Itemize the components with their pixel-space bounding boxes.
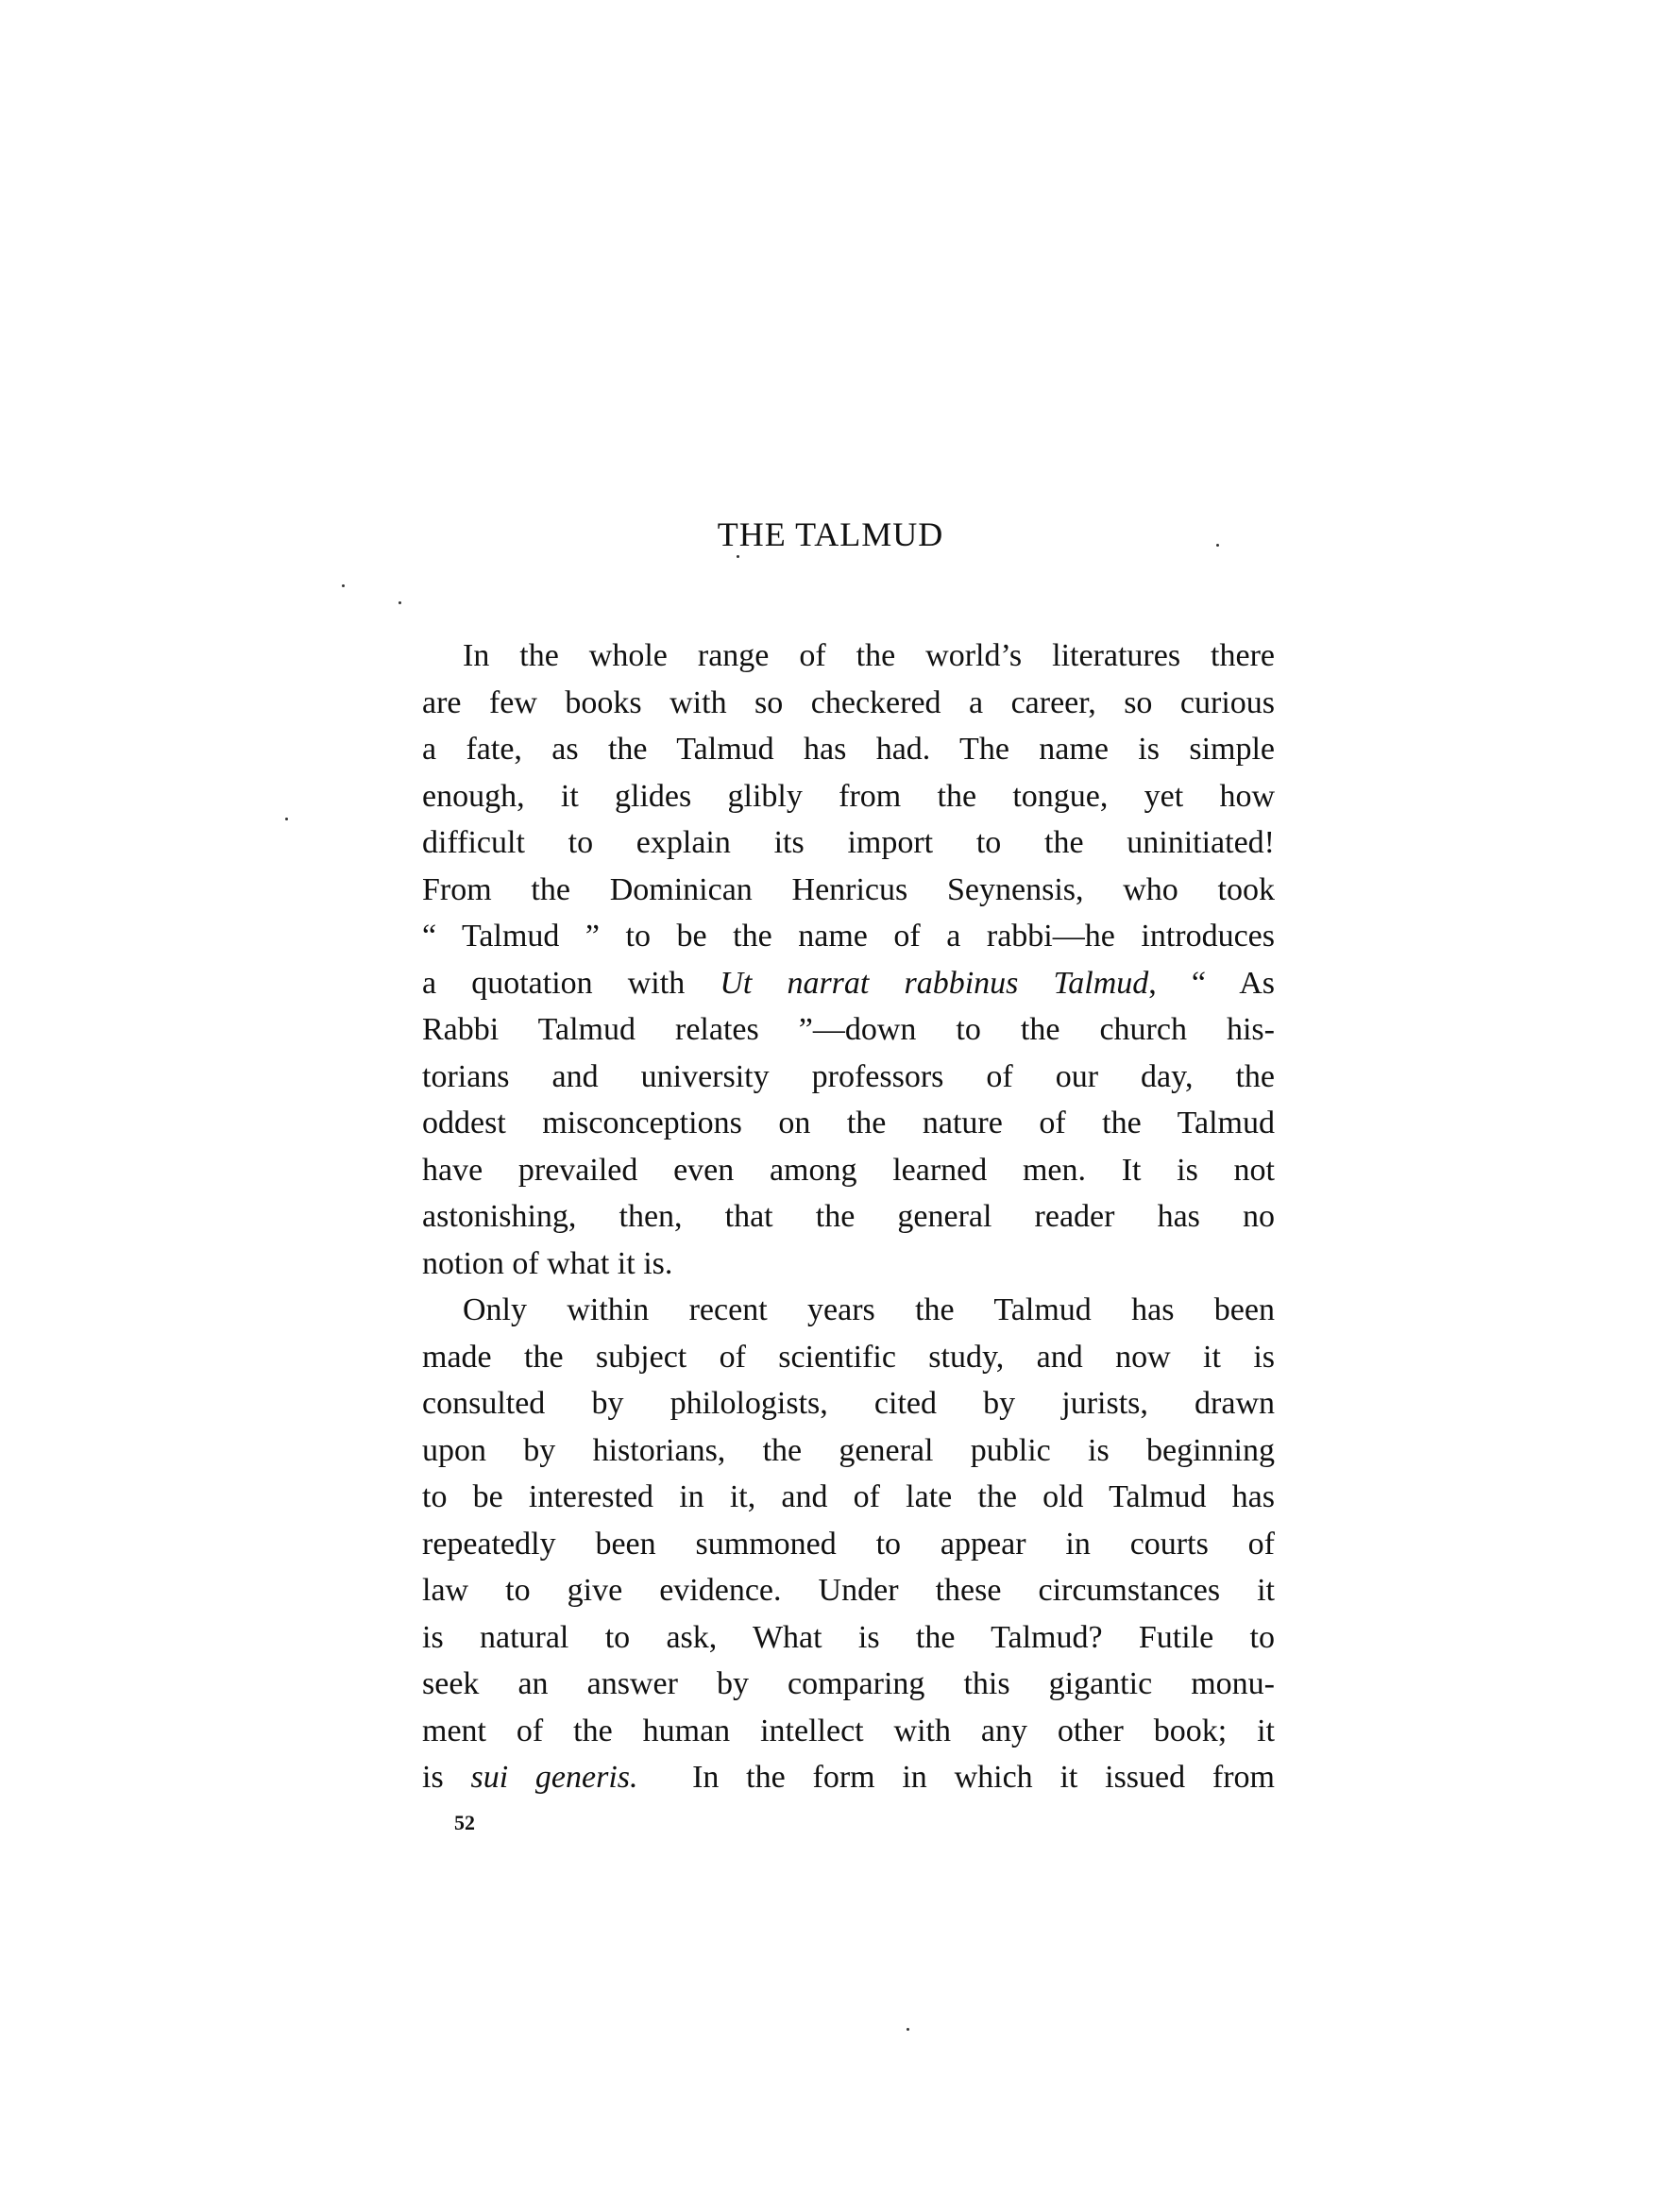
text-line: notion of what it is.	[381, 1241, 1275, 1288]
text-line: enough, it glides glibly from the tongue…	[381, 773, 1275, 820]
text-line: “ Talmud ” to be the name of a rabbi—he …	[381, 913, 1275, 960]
scan-speck	[285, 818, 288, 820]
running-title-text: THE TALMUD	[718, 515, 943, 553]
text-line: a fate, as the Talmud has had. The name …	[381, 726, 1275, 773]
text-line: oddest misconceptions on the nature of t…	[381, 1100, 1275, 1147]
text-line: repeatedly been summoned to appear in co…	[381, 1521, 1275, 1568]
text-line: difficult to explain its import to the u…	[381, 819, 1275, 867]
text-fragment: a quotation with	[422, 966, 685, 1001]
body-text: In the whole range of the world’s litera…	[381, 633, 1275, 1801]
text-line: to be interested in it, and of late the …	[381, 1474, 1275, 1521]
text-fragment: In the form in which it issued from	[692, 1760, 1275, 1795]
text-line-with-italic: is sui generis. In the form in which it …	[381, 1754, 1275, 1801]
scan-speck	[737, 555, 739, 558]
text-fragment: , “ As	[1148, 966, 1275, 1001]
scan-speck	[907, 2028, 909, 2031]
text-line: Rabbi Talmud relates ”—down to the churc…	[381, 1006, 1275, 1054]
text-line: are few books with so checkered a career…	[381, 680, 1275, 727]
text-line-with-italic: a quotation with Ut narrat rabbinus Talm…	[381, 960, 1275, 1007]
running-title: THE TALMUD	[0, 515, 1661, 553]
scan-speck	[342, 584, 345, 587]
text-line: is natural to ask, What is the Talmud? F…	[381, 1614, 1275, 1662]
text-line: torians and university professors of our…	[381, 1054, 1275, 1101]
text-line: From the Dominican Henricus Seynensis, w…	[381, 867, 1275, 914]
text-line: In the whole range of the world’s litera…	[381, 633, 1275, 680]
latin-quotation: Ut narrat rabbinus Talmud	[720, 966, 1148, 1001]
text-line: made the subject of scientific study, an…	[381, 1334, 1275, 1381]
text-line: have prevailed even among learned men. I…	[381, 1147, 1275, 1194]
text-line: astonishing, then, that the general read…	[381, 1193, 1275, 1241]
scan-speck	[398, 601, 401, 604]
book-page: THE TALMUD In the whole range of the wor…	[0, 0, 1661, 2212]
page-number: 52	[454, 1811, 475, 1835]
text-line: seek an answer by comparing this giganti…	[381, 1661, 1275, 1708]
scan-speck	[1216, 544, 1219, 547]
latin-phrase: sui generis.	[470, 1760, 637, 1795]
text-line: consulted by philologists, cited by juri…	[381, 1380, 1275, 1427]
text-line: law to give evidence. Under these circum…	[381, 1567, 1275, 1614]
text-line: ment of the human intellect with any oth…	[381, 1708, 1275, 1755]
text-fragment: is	[422, 1760, 444, 1795]
paragraph-1: In the whole range of the world’s litera…	[381, 633, 1275, 1287]
paragraph-2: Only within recent years the Talmud has …	[381, 1287, 1275, 1801]
text-line: upon by historians, the general public i…	[381, 1427, 1275, 1475]
text-line: Only within recent years the Talmud has …	[381, 1287, 1275, 1334]
